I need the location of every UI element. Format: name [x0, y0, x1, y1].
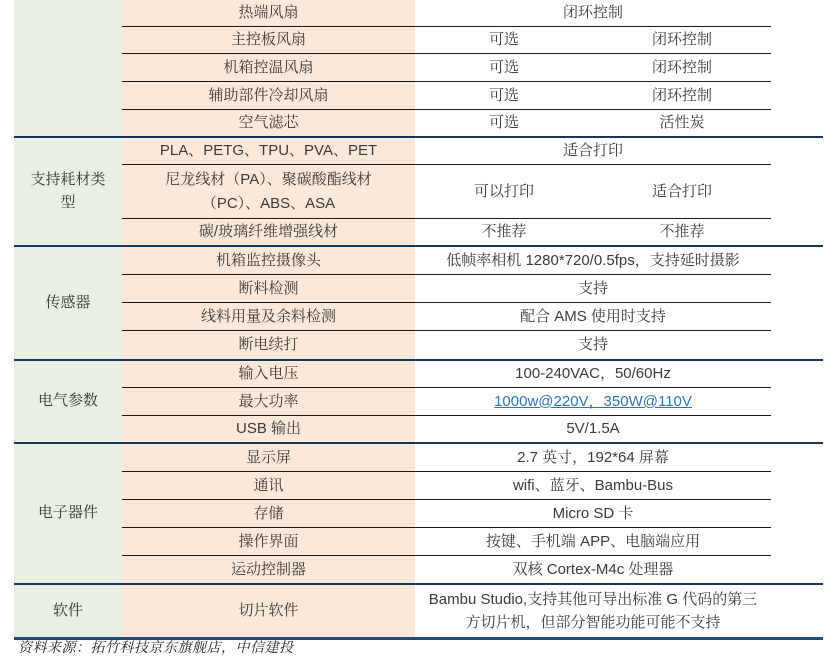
value-cells: 不推荐不推荐: [415, 219, 771, 245]
item-cell: 通讯: [122, 472, 415, 499]
table-row: 机箱监控摄像头低帧率相机 1280*720/0.5fps，支持延时摄影: [122, 247, 771, 275]
table-section: 热端风扇闭环控制主控板风扇可选闭环控制机箱控温风扇可选闭环控制辅助部件冷却风扇可…: [14, 0, 823, 138]
value-cells: 5V/1.5A: [415, 416, 771, 442]
table-row: 线料用量及余料检测配合 AMS 使用时支持: [122, 303, 771, 331]
value-cell: 2.7 英寸，192*64 屏幕: [415, 444, 771, 471]
category-cell: [14, 0, 122, 136]
value-cell: 闭环控制: [593, 82, 771, 109]
value-cell: Micro SD 卡: [415, 500, 771, 527]
table-row: 断料检测支持: [122, 275, 771, 303]
value-cell: 可选: [415, 27, 593, 53]
value-cells: 可选闭环控制: [415, 54, 771, 81]
value-cells: Bambu Studio,支持其他可导出标准 G 代码的第三方切片机，但部分智能…: [415, 585, 771, 637]
value-cell: 闭环控制: [415, 0, 771, 26]
value-cell: 可以打印: [415, 165, 593, 218]
item-cell: PLA、PETG、TPU、PVA、PET: [122, 138, 415, 164]
value-cells: 2.7 英寸，192*64 屏幕: [415, 444, 771, 471]
source-note: 资料来源：拓竹科技京东旗舰店，中信建投: [18, 637, 294, 657]
item-cell: 显示屏: [122, 444, 415, 471]
value-cell: 不推荐: [415, 219, 593, 245]
table-row: 热端风扇闭环控制: [122, 0, 771, 27]
section-rows: 热端风扇闭环控制主控板风扇可选闭环控制机箱控温风扇可选闭环控制辅助部件冷却风扇可…: [122, 0, 771, 136]
value-cells: 可选闭环控制: [415, 27, 771, 53]
value-cell: 1000w@220V，350W@110V: [415, 388, 771, 415]
item-cell: 输入电压: [122, 361, 415, 387]
value-cell: 不推荐: [593, 219, 771, 245]
section-rows: 机箱监控摄像头低帧率相机 1280*720/0.5fps，支持延时摄影断料检测支…: [122, 247, 771, 359]
value-cells: wifi、蓝牙、Bambu-Bus: [415, 472, 771, 499]
value-cell: 活性炭: [593, 110, 771, 136]
table-row: 断电续打支持: [122, 331, 771, 359]
item-cell: 最大功率: [122, 388, 415, 415]
value-cell: 支持: [415, 275, 771, 302]
value-cell: 100-240VAC，50/60Hz: [415, 361, 771, 387]
value-cells: 配合 AMS 使用时支持: [415, 303, 771, 330]
category-cell: 电子器件: [14, 444, 122, 583]
item-cell: 断电续打: [122, 331, 415, 359]
report-page: 热端风扇闭环控制主控板风扇可选闭环控制机箱控温风扇可选闭环控制辅助部件冷却风扇可…: [0, 0, 835, 661]
value-cells: Micro SD 卡: [415, 500, 771, 527]
value-cell: 5V/1.5A: [415, 416, 771, 442]
item-cell: 机箱监控摄像头: [122, 247, 415, 274]
category-cell: 软件: [14, 585, 122, 637]
table-section: 支持耗材类型PLA、PETG、TPU、PVA、PET适合打印尼龙线材（PA）、聚…: [14, 138, 823, 247]
value-cell: wifi、蓝牙、Bambu-Bus: [415, 472, 771, 499]
item-cell: 主控板风扇: [122, 27, 415, 53]
value-cells: 支持: [415, 275, 771, 302]
value-cell: 适合打印: [415, 138, 771, 164]
item-cell: 机箱控温风扇: [122, 54, 415, 81]
value-cells: 适合打印: [415, 138, 771, 164]
value-cells: 低帧率相机 1280*720/0.5fps，支持延时摄影: [415, 247, 771, 274]
table-row: 运动控制器双核 Cortex-M4c 处理器: [122, 556, 771, 583]
table-row: 空气滤芯可选活性炭: [122, 110, 771, 136]
value-cell: 闭环控制: [593, 27, 771, 53]
table-row: 通讯wifi、蓝牙、Bambu-Bus: [122, 472, 771, 500]
max-power-link[interactable]: 1000w@220V，350W@110V: [494, 390, 692, 413]
table-row: 机箱控温风扇可选闭环控制: [122, 54, 771, 82]
value-cell: 支持: [415, 331, 771, 359]
value-cell: Bambu Studio,支持其他可导出标准 G 代码的第三方切片机，但部分智能…: [415, 585, 771, 637]
table-section: 电气参数输入电压100-240VAC，50/60Hz最大功率1000w@220V…: [14, 361, 823, 444]
value-cell: 低帧率相机 1280*720/0.5fps，支持延时摄影: [415, 247, 771, 274]
item-cell: 运动控制器: [122, 556, 415, 583]
value-cell: 双核 Cortex-M4c 处理器: [415, 556, 771, 583]
item-cell: 碳/玻璃纤维增强线材: [122, 219, 415, 245]
item-cell: 断料检测: [122, 275, 415, 302]
category-cell: 电气参数: [14, 361, 122, 442]
value-cell: 闭环控制: [593, 54, 771, 81]
item-cell: 存储: [122, 500, 415, 527]
category-cell: 传感器: [14, 247, 122, 359]
section-rows: 切片软件Bambu Studio,支持其他可导出标准 G 代码的第三方切片机，但…: [122, 585, 771, 637]
table-row: 尼龙线材（PA）、聚碳酸酯线材（PC）、ABS、ASA可以打印适合打印: [122, 165, 771, 219]
table-row: 显示屏2.7 英寸，192*64 屏幕: [122, 444, 771, 472]
table-row: 碳/玻璃纤维增强线材不推荐不推荐: [122, 219, 771, 245]
value-cell: 适合打印: [593, 165, 771, 218]
value-cells: 可选活性炭: [415, 110, 771, 136]
table-section: 电子器件显示屏2.7 英寸，192*64 屏幕通讯wifi、蓝牙、Bambu-B…: [14, 444, 823, 585]
section-rows: 显示屏2.7 英寸，192*64 屏幕通讯wifi、蓝牙、Bambu-Bus存储…: [122, 444, 771, 583]
spec-table: 热端风扇闭环控制主控板风扇可选闭环控制机箱控温风扇可选闭环控制辅助部件冷却风扇可…: [14, 0, 823, 640]
table-row: 切片软件Bambu Studio,支持其他可导出标准 G 代码的第三方切片机，但…: [122, 585, 771, 637]
value-cell: 按键、手机端 APP、电脑端应用: [415, 528, 771, 555]
value-cell: 可选: [415, 54, 593, 81]
item-cell: USB 输出: [122, 416, 415, 442]
table-row: 存储Micro SD 卡: [122, 500, 771, 528]
item-cell: 切片软件: [122, 585, 415, 637]
value-cell: 配合 AMS 使用时支持: [415, 303, 771, 330]
table-row: PLA、PETG、TPU、PVA、PET适合打印: [122, 138, 771, 165]
section-rows: 输入电压100-240VAC，50/60Hz最大功率1000w@220V，350…: [122, 361, 771, 442]
table-row: 辅助部件冷却风扇可选闭环控制: [122, 82, 771, 110]
value-cells: 可以打印适合打印: [415, 165, 771, 218]
item-cell: 热端风扇: [122, 0, 415, 26]
value-cells: 支持: [415, 331, 771, 359]
table-row: 操作界面按键、手机端 APP、电脑端应用: [122, 528, 771, 556]
value-cells: 可选闭环控制: [415, 82, 771, 109]
table-section: 传感器机箱监控摄像头低帧率相机 1280*720/0.5fps，支持延时摄影断料…: [14, 247, 823, 361]
value-cell: 可选: [415, 82, 593, 109]
value-cells: 1000w@220V，350W@110V: [415, 388, 771, 415]
table-row: 最大功率1000w@220V，350W@110V: [122, 388, 771, 416]
value-cell: 可选: [415, 110, 593, 136]
table-row: 主控板风扇可选闭环控制: [122, 27, 771, 54]
table-row: USB 输出5V/1.5A: [122, 416, 771, 442]
section-rows: PLA、PETG、TPU、PVA、PET适合打印尼龙线材（PA）、聚碳酸酯线材（…: [122, 138, 771, 245]
category-cell: 支持耗材类型: [14, 138, 122, 245]
value-cells: 100-240VAC，50/60Hz: [415, 361, 771, 387]
table-row: 输入电压100-240VAC，50/60Hz: [122, 361, 771, 388]
item-cell: 尼龙线材（PA）、聚碳酸酯线材（PC）、ABS、ASA: [122, 165, 415, 218]
table-section: 软件切片软件Bambu Studio,支持其他可导出标准 G 代码的第三方切片机…: [14, 585, 823, 640]
item-cell: 空气滤芯: [122, 110, 415, 136]
value-cells: 按键、手机端 APP、电脑端应用: [415, 528, 771, 555]
item-cell: 操作界面: [122, 528, 415, 555]
value-cells: 闭环控制: [415, 0, 771, 26]
item-cell: 辅助部件冷却风扇: [122, 82, 415, 109]
item-cell: 线料用量及余料检测: [122, 303, 415, 330]
value-cells: 双核 Cortex-M4c 处理器: [415, 556, 771, 583]
